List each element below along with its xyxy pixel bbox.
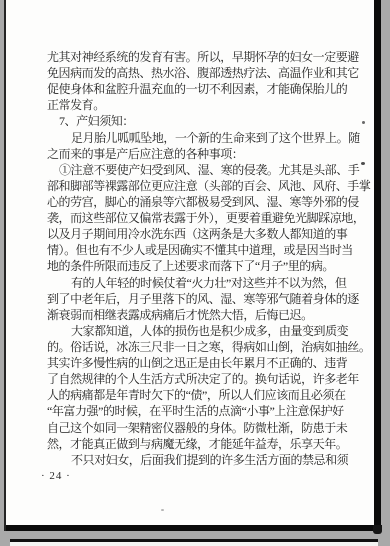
page-text: 尤其对神经系统的发育有害。所以，早期怀孕的妇女一定要避 免因病而发的高热、热水浴… (47, 49, 359, 484)
scan-speck (161, 509, 164, 511)
page-border-corner (373, 525, 382, 534)
text-line: 有的人年轻的时候仗着“火力壮”对这些并不以为然，但 (47, 275, 359, 291)
text-line: 到了中老年后，月子里落下的风、湿、寒等邪气随着身体的逐 (47, 291, 359, 307)
text-line: 之而来的事是产后应注意的各种事项： (47, 146, 359, 162)
text-line: 袭，而这些部位又偏常表露于外），更要着重避免光脚踩凉地， (47, 210, 359, 226)
section-heading: 7、产妇须知： (47, 113, 359, 129)
text-line: “年富力强”的时候，在平时生活的点滴“小事”上注意保护好 (47, 403, 359, 419)
text-line: 尤其对神经系统的发育有害。所以，早期怀孕的妇女一定要避 (47, 49, 359, 65)
page-number: · 24 · (41, 468, 359, 484)
text-line: 促使身体和盆腔升温充血的一切不利因素，才能确保胎儿的 (47, 81, 359, 97)
scan-speck (362, 121, 365, 124)
text-line: 正常发育。 (47, 97, 359, 113)
text-line: 自己这个如同一架精密仪器般的身体。防微杜渐，防患于未 (47, 420, 359, 436)
list-item-line: ①注意不要使产妇受到风、湿、寒的侵袭。尤其是头部、手 (47, 162, 359, 178)
text-line: 足月胎儿呱呱坠地，一个新的生命来到了这个世界上。随 (47, 130, 359, 146)
page-left-edge-line (4, 0, 6, 531)
text-line: 免因病而发的高热、热水浴、腹部透热疗法、高温作业和其它 (47, 65, 359, 81)
text-line: 以及月子期间用冷水洗东西（这两条是大多数人都知道的事 (47, 226, 359, 242)
page-bottom-border (6, 525, 381, 531)
text-line: 心的劳宫，脚心的涌泉等穴都极易受到风、湿、寒等外邪的侵 (47, 194, 359, 210)
text-line: 其实许多慢性病的山倒之迅正是由长年累月不正确的、违背 (47, 355, 359, 371)
scanned-page-view: 尤其对神经系统的发育有害。所以，早期怀孕的妇女一定要避 免因病而发的高热、热水浴… (0, 0, 390, 546)
text-line: 情）。但也有不少人或是因确实不懂其中道理，或是因当时当 (47, 242, 359, 258)
text-line: 大家都知道，人体的损伤也是积少成多，由量变到质变 (47, 323, 359, 339)
text-line: 地的条件所限而违反了上述要求而落下了“月子”里的病。 (47, 258, 359, 274)
text-line: 不只对妇女，后面我们提到的许多生活方面的禁忌和须 (47, 452, 359, 468)
book-page: 尤其对神经系统的发育有害。所以，早期怀孕的妇女一定要避 免因病而发的高热、热水浴… (6, 0, 374, 526)
text-line: 了自然规律的个人生活方式所决定了的。换句话说，许多老年 (47, 371, 359, 387)
page-right-border (374, 0, 381, 531)
next-page-top-edge (10, 539, 378, 546)
text-line: 部和脚部等裸露部位更应注意（头部的百会、风池、风府、手掌 (47, 178, 359, 194)
text-line: 人的病痛都是年青时欠下的“债”，所以人们应该而且必须在 (47, 387, 359, 403)
scan-speck (361, 162, 365, 165)
text-line: 的。俗话说，冰冻三尺非一日之寒，得病如山倒，治病如抽丝。 (47, 339, 359, 355)
text-line: 渐衰弱而相继表露成病痛后才恍然大悟，后悔已迟。 (47, 307, 359, 323)
text-line: 然，才能真正做到与病魔无缘，才能延年益寿，乐享天年。 (47, 436, 359, 452)
